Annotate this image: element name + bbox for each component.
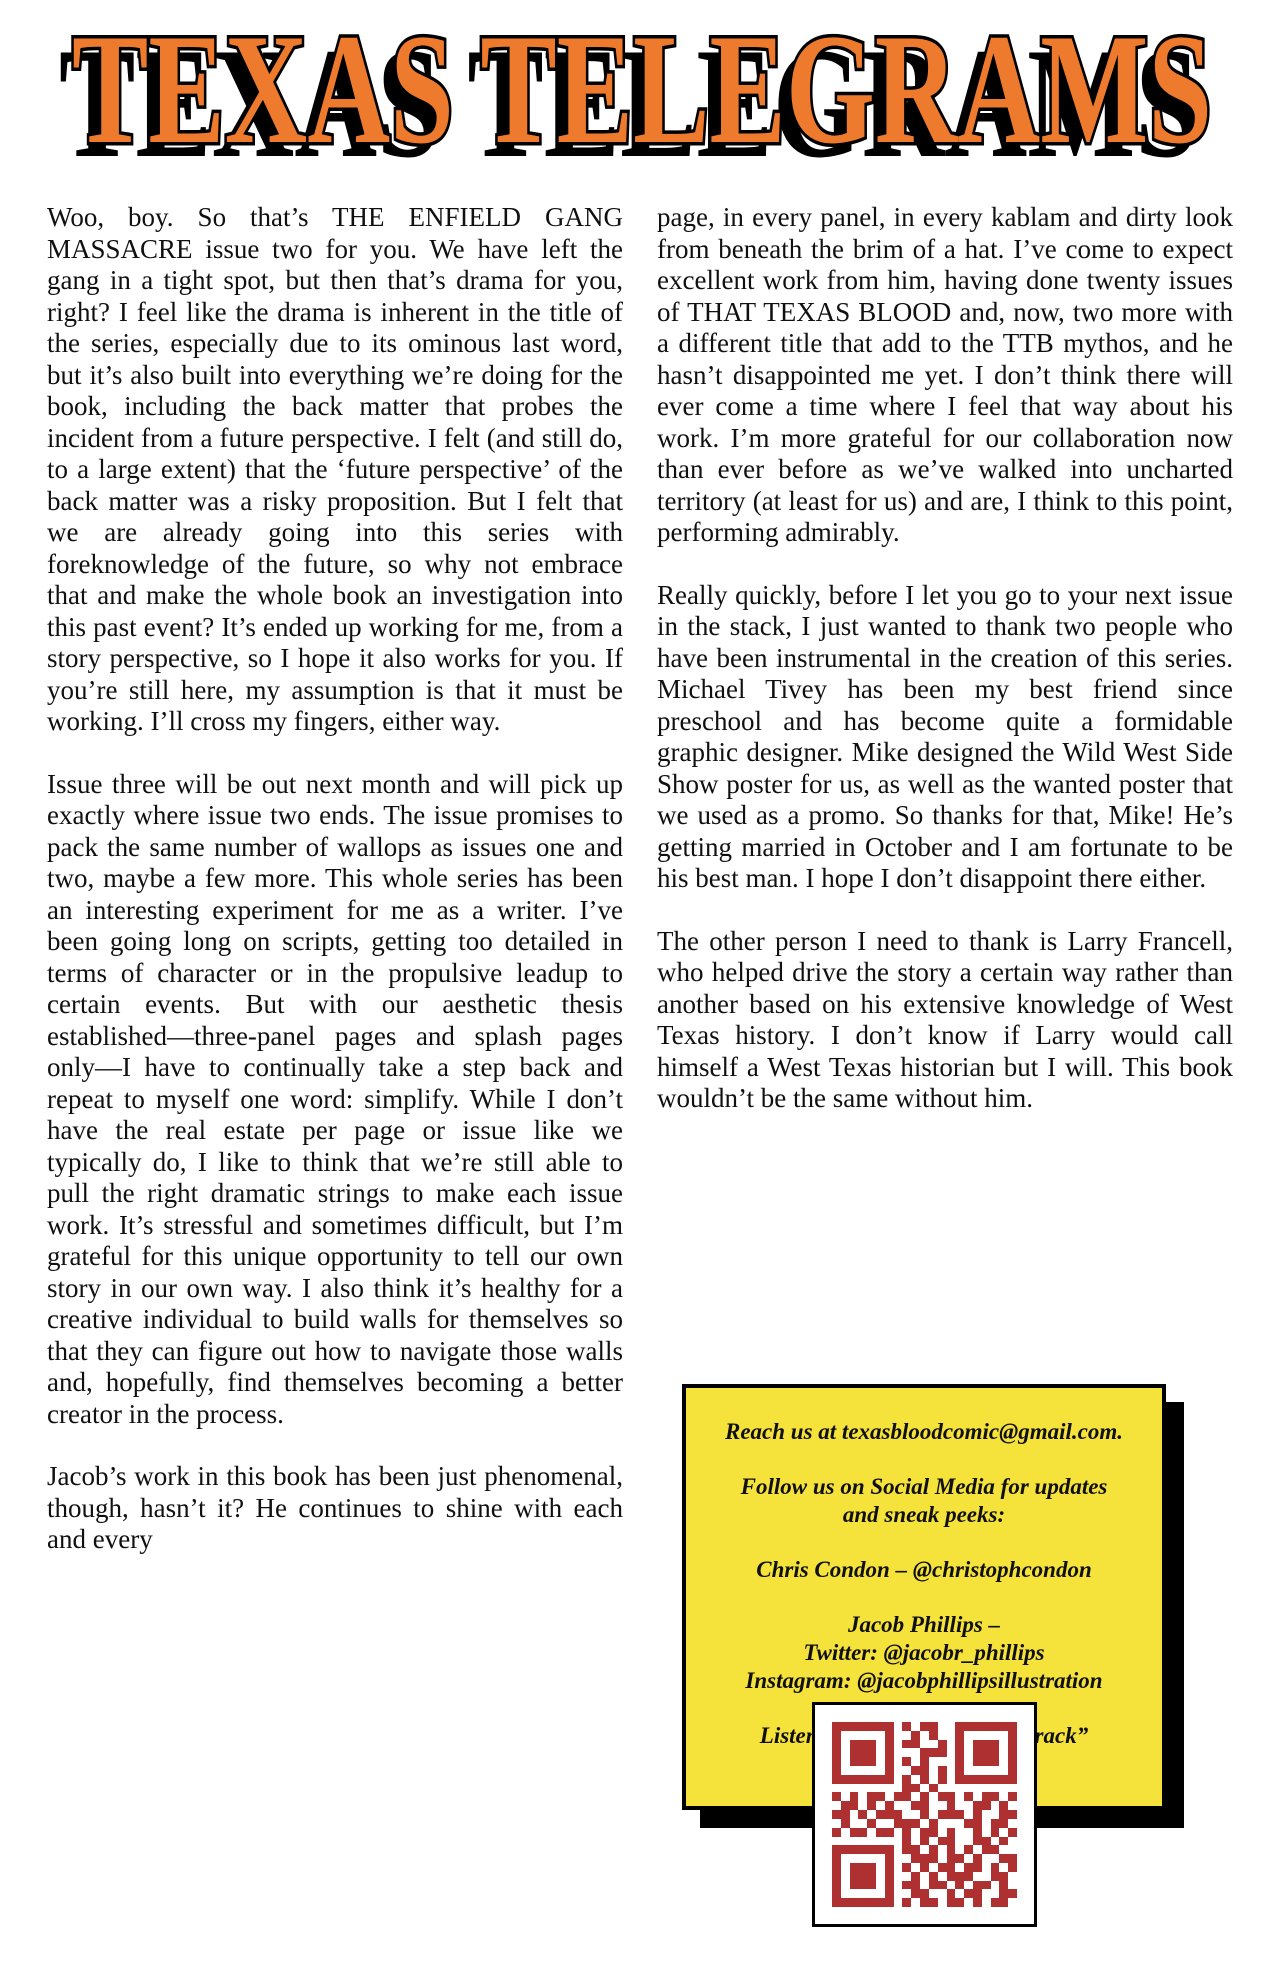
letter-body: Woo, boy. So that’s THE ENFIELD GANG MAS… xyxy=(47,202,1233,1587)
contact-email-line: Reach us at texasbloodcomic@gmail.com. xyxy=(722,1418,1126,1446)
masthead: TEXAS TELEGRAMS TEXAS TELEGRAMS xyxy=(0,0,1280,186)
paragraph-right-1: page, in every panel, in every kablam an… xyxy=(657,202,1233,549)
title-logo: TEXAS TELEGRAMS TEXAS TELEGRAMS xyxy=(50,24,1230,186)
paragraph-left-1: Woo, boy. So that’s THE ENFIELD GANG MAS… xyxy=(47,202,623,738)
right-column: page, in every panel, in every kablam an… xyxy=(657,202,1233,1587)
qr-pattern xyxy=(832,1722,1017,1907)
contact-chris-condon: Chris Condon – @christophcondon xyxy=(722,1556,1126,1584)
paragraph-left-2: Issue three will be out next month and w… xyxy=(47,769,623,1431)
paragraph-right-3: The other person I need to thank is Larr… xyxy=(657,926,1233,1115)
contact-jacob-phillips: Jacob Phillips – Twitter: @jacobr_philli… xyxy=(722,1611,1126,1695)
paragraph-left-3: Jacob’s work in this book has been just … xyxy=(47,1461,623,1556)
comic-letters-page: TEXAS TELEGRAMS TEXAS TELEGRAMS Woo, boy… xyxy=(0,0,1280,1965)
left-column: Woo, boy. So that’s THE ENFIELD GANG MAS… xyxy=(47,202,623,1587)
page-title: TEXAS TELEGRAMS xyxy=(72,24,1212,177)
qr-code xyxy=(812,1702,1037,1927)
contact-social-line: Follow us on Social Media for updates an… xyxy=(722,1473,1126,1529)
paragraph-right-2: Really quickly, before I let you go to y… xyxy=(657,580,1233,895)
